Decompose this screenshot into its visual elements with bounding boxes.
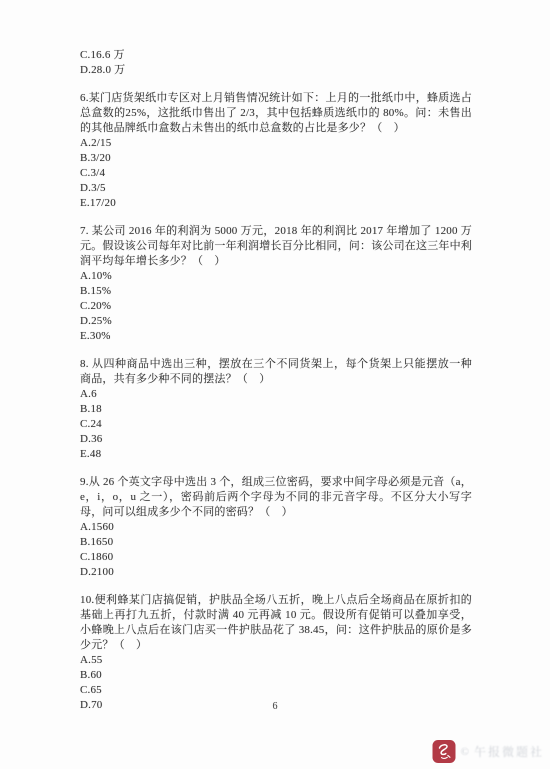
option-e: E.30% [80, 329, 472, 344]
watermark-text: 午报微题社 [474, 743, 544, 760]
question-6-options: A.2/15 B.3/20 C.3/4 D.3/5 E.17/20 [80, 136, 472, 211]
question5-carryover-options: C.16.6 万 D.28.0 万 [80, 48, 472, 78]
option-d: D.2100 [80, 565, 472, 580]
question-7-text: 7. 某公司 2016 年的利润为 5000 万元，2018 年的利润比 201… [80, 224, 472, 269]
option-a: A.55 [80, 653, 472, 668]
question-6: 6.某门店货架纸巾专区对上月销售情况统计如下：上月的一批纸巾中，蜂质选占总盒数的… [80, 91, 472, 211]
question-7-options: A.10% B.15% C.20% D.25% E.30% [80, 269, 472, 344]
option-c: C.1860 [80, 550, 472, 565]
question-10: 10.便利蜂某门店搞促销，护肤品全场八五折，晚上八点后全场商品在原折扣的基础上再… [80, 593, 472, 713]
option-c: C.20% [80, 299, 472, 314]
option-c: C.3/4 [80, 166, 472, 181]
option-e: E.17/20 [80, 196, 472, 211]
question-8-text: 8. 从四种商品中选出三种，摆放在三个不同货架上，每个货架上只能摆放一种商品，共… [80, 357, 472, 387]
option-b: B.60 [80, 668, 472, 683]
option-a: A.2/15 [80, 136, 472, 151]
watermark-logo-icon [432, 739, 456, 764]
option-b: B.3/20 [80, 151, 472, 166]
option-c: C.65 [80, 683, 472, 698]
option-b: B.15% [80, 284, 472, 299]
document-page: C.16.6 万 D.28.0 万 6.某门店货架纸巾专区对上月销售情况统计如下… [0, 0, 550, 769]
question-9: 9.从 26 个英文字母中选出 3 个，组成三位密码，要求中间字母必须是元音（a… [80, 475, 472, 580]
option-a: A.1560 [80, 520, 472, 535]
question-9-options: A.1560 B.1650 C.1860 D.2100 [80, 520, 472, 580]
option-d: D.28.0 万 [80, 63, 472, 78]
option-a: A.6 [80, 387, 472, 402]
option-e: E.48 [80, 447, 472, 462]
option-d: D.3/5 [80, 181, 472, 196]
option-d: D.25% [80, 314, 472, 329]
question-6-text: 6.某门店货架纸巾专区对上月销售情况统计如下：上月的一批纸巾中，蜂质选占总盒数的… [80, 91, 472, 136]
option-c: C.16.6 万 [80, 48, 472, 63]
question-8-options: A.6 B.18 C.24 D.36 E.48 [80, 387, 472, 462]
question-9-text: 9.从 26 个英文字母中选出 3 个，组成三位密码，要求中间字母必须是元音（a… [80, 475, 472, 520]
exam-content: C.16.6 万 D.28.0 万 6.某门店货架纸巾专区对上月销售情况统计如下… [80, 48, 472, 713]
copyright-icon: © [461, 746, 469, 758]
watermark: © 午报微题社 [432, 739, 544, 764]
option-c: C.24 [80, 417, 472, 432]
question-10-text: 10.便利蜂某门店搞促销，护肤品全场八五折，晚上八点后全场商品在原折扣的基础上再… [80, 593, 472, 653]
option-b: B.18 [80, 402, 472, 417]
page-number: 6 [0, 701, 550, 712]
option-b: B.1650 [80, 535, 472, 550]
option-d: D.36 [80, 432, 472, 447]
question-8: 8. 从四种商品中选出三种，摆放在三个不同货架上，每个货架上只能摆放一种商品，共… [80, 357, 472, 462]
question-7: 7. 某公司 2016 年的利润为 5000 万元，2018 年的利润比 201… [80, 224, 472, 344]
option-a: A.10% [80, 269, 472, 284]
